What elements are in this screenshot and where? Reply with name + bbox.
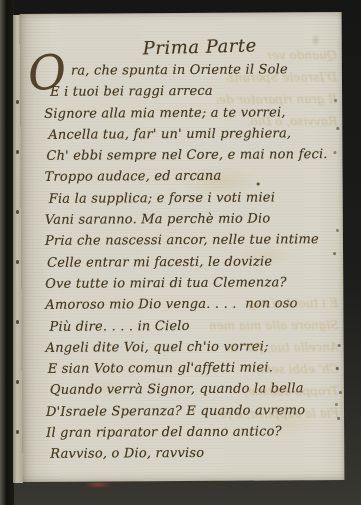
ink-dot (333, 252, 336, 255)
poem-line: Troppo audace, ed arcana (45, 166, 331, 189)
poem-line: Angeli dite Voi, quel ch'io vorrei; (46, 336, 332, 359)
poem: Ora, che spunta in Oriente il SoleE i tu… (44, 59, 332, 465)
poem-line: Ancella tua, far' un' umil preghiera, (44, 123, 330, 146)
page-edge-ink-mark (16, 150, 19, 154)
page-edge-ink-mark (16, 210, 19, 214)
poem-line: Amoroso mio Dio venga. . . . non oso (45, 293, 331, 316)
poem-line: Vani saranno. Ma perchè mio Dio (45, 208, 331, 231)
poem-line: Ch' ebbi sempre nel Core, e mai non feci… (44, 144, 330, 167)
ink-dot (257, 183, 260, 186)
page-title: Prima Parte (125, 35, 276, 60)
page-edge-ink-mark (16, 260, 19, 264)
ink-dot (339, 391, 342, 394)
poem-line: D'Israele Speranza? E quando avremo (46, 400, 332, 423)
ink-dot (338, 344, 341, 347)
poem-line: Fia la supplica; e forse i voti miei (45, 187, 331, 210)
poem-line: Celle entrar mi facesti, le dovizie (45, 251, 331, 274)
poem-line: E i tuoi bei raggi arreca (44, 80, 330, 103)
page-edge-ink-mark (16, 320, 19, 324)
poem-line: Ove tutte io mirai di tua Clemenza? (45, 272, 331, 295)
ink-dot (335, 403, 338, 406)
page-edge-ink-mark (16, 380, 19, 384)
ink-dot (336, 367, 339, 370)
ink-dot (333, 151, 336, 154)
ink-dot (334, 99, 337, 102)
ink-dot (336, 229, 339, 232)
manuscript-page: Prima Parte Ora, che spunta in Oriente i… (20, 12, 345, 482)
ink-dot (336, 127, 339, 130)
poem-line: Quando verrà Signor, quando la bella (46, 379, 332, 402)
poem-line: E sian Voto comun gl'affetti miei. (46, 357, 332, 380)
poem-line: Pria che nascessi ancor, nelle tue intim… (45, 229, 331, 252)
folio-number-smudge (312, 34, 320, 46)
ink-dot-layer (20, 12, 342, 14)
poem-line: Ravviso, o Dio, ravviso (46, 442, 332, 465)
page-edge-ink-mark (16, 100, 19, 104)
ink-dot (337, 417, 340, 420)
poem-line: Il gran riparator del danno antico? (46, 421, 332, 444)
bleedthrough-layer: Quando verrà Signor, quando la bellaD'Is… (20, 12, 342, 14)
poem-line: Ora, che spunta in Oriente il Sole (44, 59, 330, 82)
manuscript-photo: Prima Parte Ora, che spunta in Oriente i… (0, 0, 361, 505)
page-edge-ink-mark (16, 430, 19, 434)
poem-line: Più dire. . . . in Cielo (45, 315, 331, 338)
poem-line: Signore alla mia mente; a te vorrei, (44, 102, 330, 125)
red-smudge (84, 481, 112, 488)
